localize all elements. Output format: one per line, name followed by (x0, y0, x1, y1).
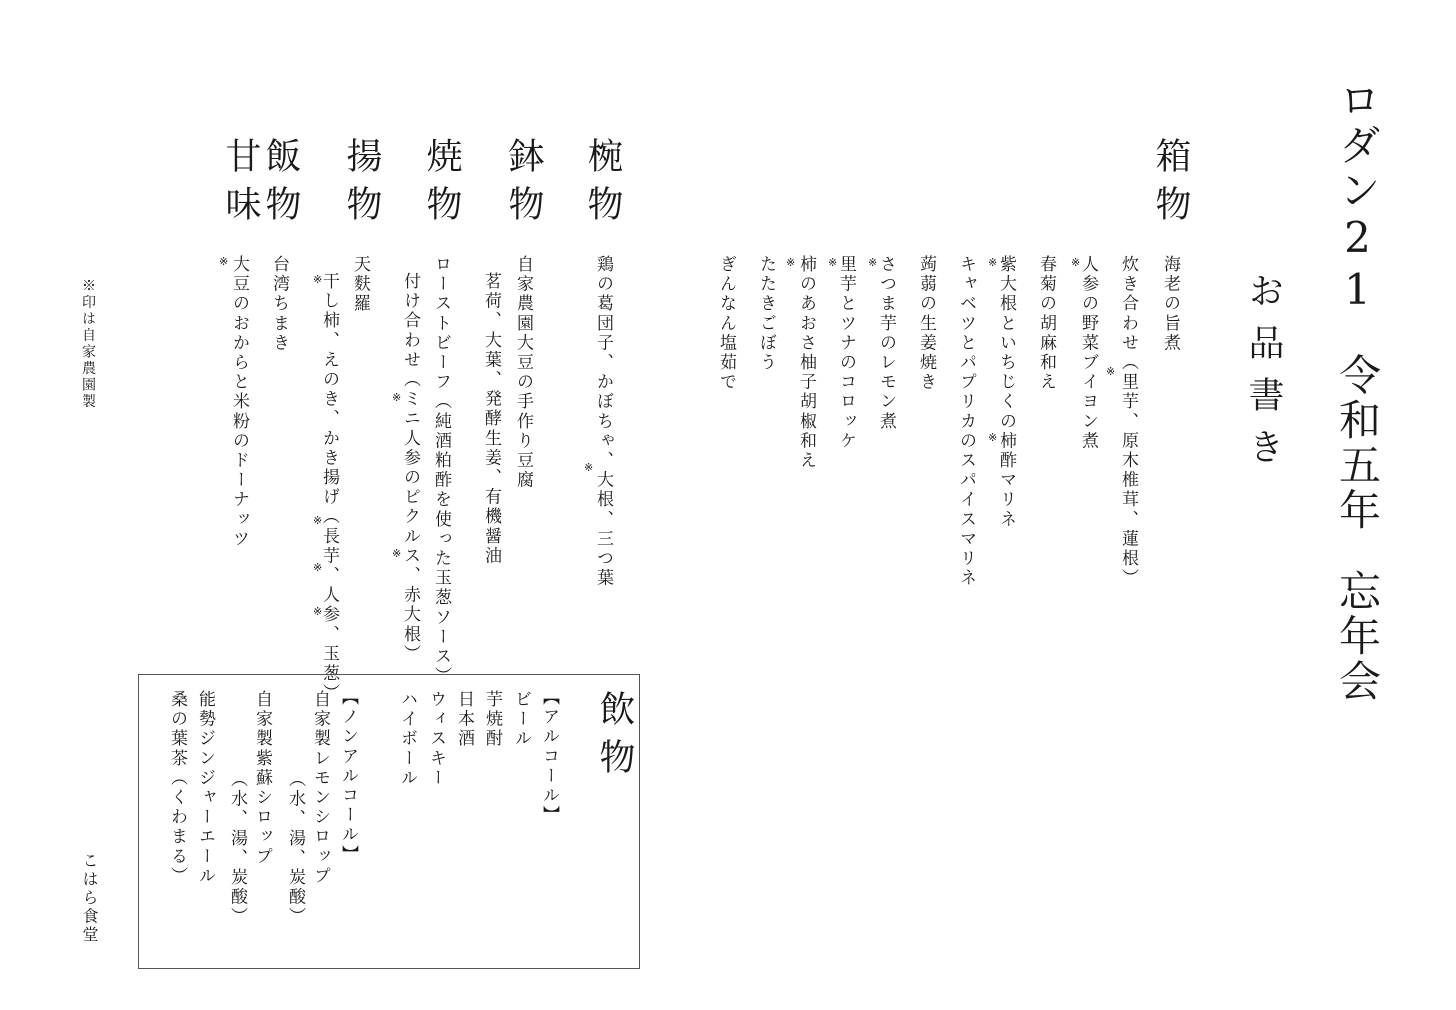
drinks-alcohol-label: 【アルコール】 (540, 688, 557, 825)
drink-item-note: （水、湯、炭酸） (228, 770, 245, 927)
course-item: さつま芋のレモン煮 (877, 255, 894, 431)
course-item: 春菊の胡麻和え (1037, 255, 1054, 392)
restaurant-signature: こはら食堂 (81, 852, 97, 945)
drink-item: 自家製紫蘇シロップ (253, 690, 270, 866)
drink-item: ハイボール (398, 690, 415, 788)
homegrown-mark: ※ (392, 548, 401, 559)
course-item: 台湾ちまき (270, 255, 287, 353)
course-item: 付け合わせ（ミニ人参のピクルス、赤大根） (401, 272, 418, 664)
menu-subtitle: お品書き (1245, 272, 1281, 480)
course-item: 鶏の葛団子、かぼちゃ、大根、三つ葉 (594, 255, 611, 588)
homegrown-mark: ※ (1071, 257, 1080, 268)
course-item: ローストビーフ（純酒粕酢を使った玉葱ソース） (432, 255, 449, 686)
homegrown-mark: ※ (988, 257, 997, 268)
course-item: 紫大根といちじくの柿酢マリネ (997, 255, 1014, 529)
title-era: 令和五年 (1333, 353, 1382, 533)
course-heading-hakomono: 箱物 (1152, 137, 1188, 233)
homegrown-note: ※印は自家農園製 (81, 278, 95, 410)
drink-item: 桑の葉茶（くわまる） (168, 690, 185, 886)
homegrown-mark: ※ (392, 392, 401, 403)
homegrown-mark: ※ (313, 274, 322, 285)
course-item: 柿のあおさ柚子胡椒和え (797, 255, 814, 471)
course-item: 大豆のおからと米粉のドーナッツ (230, 255, 247, 549)
course-item: キャベツとパプリカのスパイスマリネ (957, 255, 974, 588)
course-item: 炊き合わせ（里芋、原木椎茸、蓮根） (1119, 255, 1136, 588)
drink-item: 芋焼酎 (483, 690, 500, 749)
drinks-nonalcohol-label: 【ノンアルコール】 (339, 688, 356, 864)
homegrown-mark: ※ (868, 257, 877, 268)
course-item: ぎんなん塩茹で (717, 255, 734, 392)
homegrown-mark: ※ (828, 257, 837, 268)
course-heading-yakimono: 焼物 (423, 137, 459, 233)
homegrown-mark: ※ (584, 462, 593, 473)
course-heading-meshimono: 飯物 (262, 137, 298, 233)
menu-title: ロダン21令和五年忘年会 (1336, 78, 1378, 704)
homegrown-mark: ※ (313, 606, 322, 617)
course-item: 海老の旨煮 (1161, 255, 1178, 353)
drink-item: 能勢ジンジャーエール (196, 690, 213, 886)
drink-item: ウィスキー (427, 690, 444, 788)
drink-item: ビール (512, 690, 529, 749)
course-item: 人参の野菜ブイヨン煮 (1079, 255, 1096, 451)
title-event: 忘年会 (1333, 569, 1382, 704)
drink-item: 日本酒 (455, 690, 472, 749)
course-item: 自家農園大豆の手作り豆腐 (514, 255, 531, 490)
course-heading-wanmono: 椀物 (584, 137, 620, 233)
course-item: 干し柿、えのき、かき揚げ（長芋、人参、玉葱） (320, 272, 337, 703)
course-heading-kanmi: 甘味 (222, 137, 258, 233)
course-item: 里芋とツナのコロッケ (837, 255, 854, 451)
homegrown-mark: ※ (313, 562, 322, 573)
title-venue: ロダン21 (1333, 78, 1382, 317)
course-item: たたきごぼう (757, 255, 774, 373)
drinks-heading: 飲物 (596, 690, 632, 786)
homegrown-mark: ※ (786, 257, 795, 268)
course-item: 蒟蒻の生姜焼き (917, 255, 934, 392)
homegrown-mark: ※ (988, 432, 997, 443)
drink-item-note: （水、湯、炭酸） (286, 770, 303, 927)
course-heading-agemono: 揚物 (343, 137, 379, 233)
homegrown-mark: ※ (219, 256, 228, 267)
drink-item: 自家製レモンシロップ (311, 690, 328, 886)
homegrown-mark: ※ (313, 515, 322, 526)
course-item: 天麩羅 (351, 255, 368, 314)
homegrown-mark: ※ (1106, 366, 1115, 377)
course-item: 茗荷、大葉、発酵生姜、有機醤油 (482, 272, 499, 566)
course-heading-hachimono: 鉢物 (505, 137, 541, 233)
